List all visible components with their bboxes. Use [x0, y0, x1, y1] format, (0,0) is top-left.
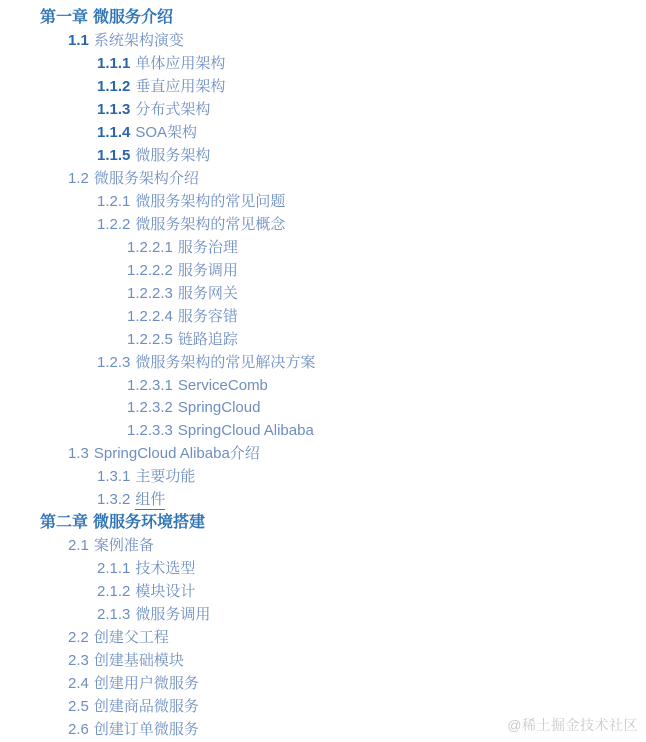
toc-item-link[interactable]: 1.1.3分布式架构	[0, 99, 646, 122]
toc-item-number: 1.3.2	[97, 491, 130, 508]
toc-item-link[interactable]: 1.2.2.2服务调用	[0, 260, 646, 283]
toc-item-title: 微服务环境搭建	[93, 514, 205, 531]
watermark: @稀土掘金技术社区	[507, 715, 638, 735]
toc-item-title: 系统架构演变	[94, 32, 184, 49]
toc-chapter-link[interactable]: 第二章微服务环境搭建	[0, 512, 646, 535]
toc-item-title: 单体应用架构	[135, 55, 225, 72]
toc-item-number: 1.2.1	[97, 193, 130, 210]
toc-item-title: 服务网关	[178, 285, 238, 302]
toc-item-link[interactable]: 2.2创建父工程	[0, 627, 646, 650]
toc-item-link[interactable]: 1.1.4SOA架构	[0, 122, 646, 145]
toc-item-number: 2.1.1	[97, 560, 130, 577]
toc-item-title: 链路追踪	[178, 331, 238, 348]
toc-item-title: 技术选型	[135, 560, 195, 577]
toc-item-link[interactable]: 1.3.2组件	[0, 489, 646, 512]
toc-item-link[interactable]: 1.2.1微服务架构的常见问题	[0, 191, 646, 214]
toc-item-number: 1.2.2.1	[127, 239, 173, 256]
toc-item-number: 1.2.2.2	[127, 262, 173, 279]
toc-item-title: 创建商品微服务	[94, 698, 199, 715]
toc-item-number: 1.1.2	[97, 78, 130, 95]
toc-item-number: 1.2.2.4	[127, 308, 173, 325]
toc-item-title: 创建父工程	[94, 629, 169, 646]
toc-item-title: 创建基础模块	[94, 652, 184, 669]
toc-item-number: 1.2	[68, 170, 89, 187]
toc-item-number: 1.1.5	[97, 147, 130, 164]
toc-item-link[interactable]: 1.2.3.3SpringCloud Alibaba	[0, 420, 646, 443]
toc-item-number: 2.1.2	[97, 583, 130, 600]
toc-item-title: 服务调用	[178, 262, 238, 279]
toc-item-number: 1.2.3	[97, 354, 130, 371]
toc-item-number: 1.2.3.1	[127, 377, 173, 394]
toc-item-title: SpringCloud Alibaba	[178, 422, 314, 439]
toc-item-title: 服务容错	[178, 308, 238, 325]
toc-item-title: 主要功能	[135, 468, 195, 485]
toc-item-number: 2.1.3	[97, 606, 130, 623]
toc-item-title: 微服务架构的常见解决方案	[135, 354, 315, 371]
toc-item-link[interactable]: 1.1.5微服务架构	[0, 145, 646, 168]
toc-item-link[interactable]: 2.1案例准备	[0, 535, 646, 558]
toc-item-title: 微服务架构	[135, 147, 210, 164]
toc-item-title: SpringCloud	[178, 399, 261, 416]
toc-item-link[interactable]: 1.2.2.3服务网关	[0, 283, 646, 306]
toc-item-title: 垂直应用架构	[135, 78, 225, 95]
toc-item-link[interactable]: 1.1.2垂直应用架构	[0, 76, 646, 99]
toc-item-link[interactable]: 1.2.2微服务架构的常见概念	[0, 214, 646, 237]
toc-item-link[interactable]: 1.2.2.4服务容错	[0, 306, 646, 329]
toc-item-number: 第一章	[40, 9, 88, 26]
toc-item-number: 1.1.4	[97, 124, 130, 141]
toc-item-title: 微服务架构的常见问题	[135, 193, 285, 210]
toc-item-link[interactable]: 2.3创建基础模块	[0, 650, 646, 673]
toc-item-title: 微服务调用	[135, 606, 210, 623]
toc-item-number: 1.2.2.5	[127, 331, 173, 348]
toc-item-number: 1.2.3.3	[127, 422, 173, 439]
toc-item-number: 1.1.1	[97, 55, 130, 72]
toc-item-number: 1.2.2	[97, 216, 130, 233]
toc-item-number: 1.3	[68, 445, 89, 462]
toc-item-title: 创建用户微服务	[94, 675, 199, 692]
toc-item-link[interactable]: 2.1.1技术选型	[0, 558, 646, 581]
toc-item-number: 第二章	[40, 514, 88, 531]
toc-item-number: 1.2.2.3	[127, 285, 173, 302]
toc-item-link[interactable]: 1.1.1单体应用架构	[0, 53, 646, 76]
toc-item-title: 案例准备	[94, 537, 154, 554]
table-of-contents: 第一章微服务介绍1.1系统架构演变1.1.1单体应用架构1.1.2垂直应用架构1…	[0, 0, 646, 742]
toc-item-link[interactable]: 1.2.3微服务架构的常见解决方案	[0, 352, 646, 375]
toc-item-number: 2.2	[68, 629, 89, 646]
toc-item-title: 创建订单微服务	[94, 721, 199, 738]
toc-item-title: ServiceComb	[178, 377, 268, 394]
toc-item-number: 1.1.3	[97, 101, 130, 118]
toc-item-title: 模块设计	[135, 583, 195, 600]
toc-item-title: 微服务架构的常见概念	[135, 216, 285, 233]
toc-item-title: 组件	[135, 491, 165, 510]
toc-item-link[interactable]: 1.2微服务架构介绍	[0, 168, 646, 191]
toc-item-title: 微服务架构介绍	[94, 170, 199, 187]
toc-item-title: 服务治理	[178, 239, 238, 256]
toc-item-number: 1.2.3.2	[127, 399, 173, 416]
toc-item-number: 2.4	[68, 675, 89, 692]
toc-item-number: 2.6	[68, 721, 89, 738]
toc-item-number: 1.1	[68, 32, 89, 49]
toc-item-link[interactable]: 1.1系统架构演变	[0, 30, 646, 53]
toc-item-title: 分布式架构	[135, 101, 210, 118]
toc-item-title: SpringCloud Alibaba介绍	[94, 445, 260, 462]
toc-item-link[interactable]: 2.1.3微服务调用	[0, 604, 646, 627]
toc-item-number: 2.3	[68, 652, 89, 669]
toc-item-link[interactable]: 1.3.1主要功能	[0, 466, 646, 489]
toc-item-link[interactable]: 1.2.2.1服务治理	[0, 237, 646, 260]
toc-item-number: 2.1	[68, 537, 89, 554]
toc-item-link[interactable]: 1.2.3.2SpringCloud	[0, 397, 646, 420]
toc-item-number: 2.5	[68, 698, 89, 715]
toc-chapter-link[interactable]: 第一章微服务介绍	[0, 7, 646, 30]
toc-item-number: 1.3.1	[97, 468, 130, 485]
toc-item-link[interactable]: 2.4创建用户微服务	[0, 673, 646, 696]
toc-item-link[interactable]: 2.1.2模块设计	[0, 581, 646, 604]
toc-item-title: SOA架构	[135, 124, 197, 141]
toc-item-title: 微服务介绍	[93, 9, 173, 26]
toc-item-link[interactable]: 1.2.2.5链路追踪	[0, 329, 646, 352]
toc-item-link[interactable]: 1.3SpringCloud Alibaba介绍	[0, 443, 646, 466]
toc-item-link[interactable]: 1.2.3.1ServiceComb	[0, 375, 646, 398]
